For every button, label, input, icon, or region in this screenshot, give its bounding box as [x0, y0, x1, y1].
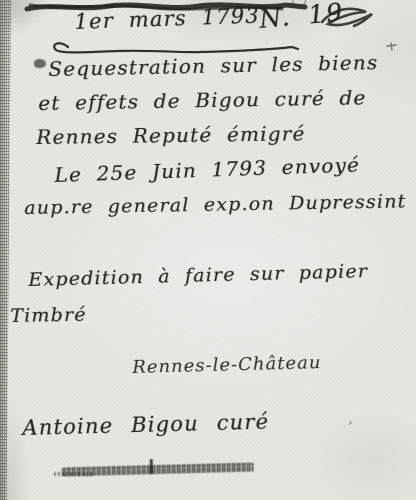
stray-ink-mark: ’: [348, 420, 352, 436]
header-date: 1er mars 1793: [74, 4, 260, 34]
manuscript-page: 1er mars 1793 N. 19 Sequestration sur le…: [0, 0, 416, 500]
stray-plus-mark: [386, 42, 398, 51]
envoi-line-1: Le 25e Juin 1793 envoyé: [54, 152, 360, 187]
ink-blot: [34, 59, 46, 68]
place-annotation: Rennes-le-Château: [132, 352, 322, 378]
sequestration-line-3: Rennes Reputé émigré: [36, 121, 306, 149]
expedition-line-1: Expedition à faire sur papier: [28, 260, 368, 291]
page-left-edge: [0, 0, 11, 500]
smudged-stamp-line: [62, 462, 254, 476]
envoi-line-2: aup.re general exp.on Dupressint: [24, 190, 407, 219]
expedition-line-2: Timbré: [10, 304, 87, 327]
number-flourish: [318, 4, 376, 30]
sequestration-line-2: et effets de Bigou curé de: [38, 85, 367, 115]
name-annotation: Antoine Bigou curé: [22, 410, 269, 440]
